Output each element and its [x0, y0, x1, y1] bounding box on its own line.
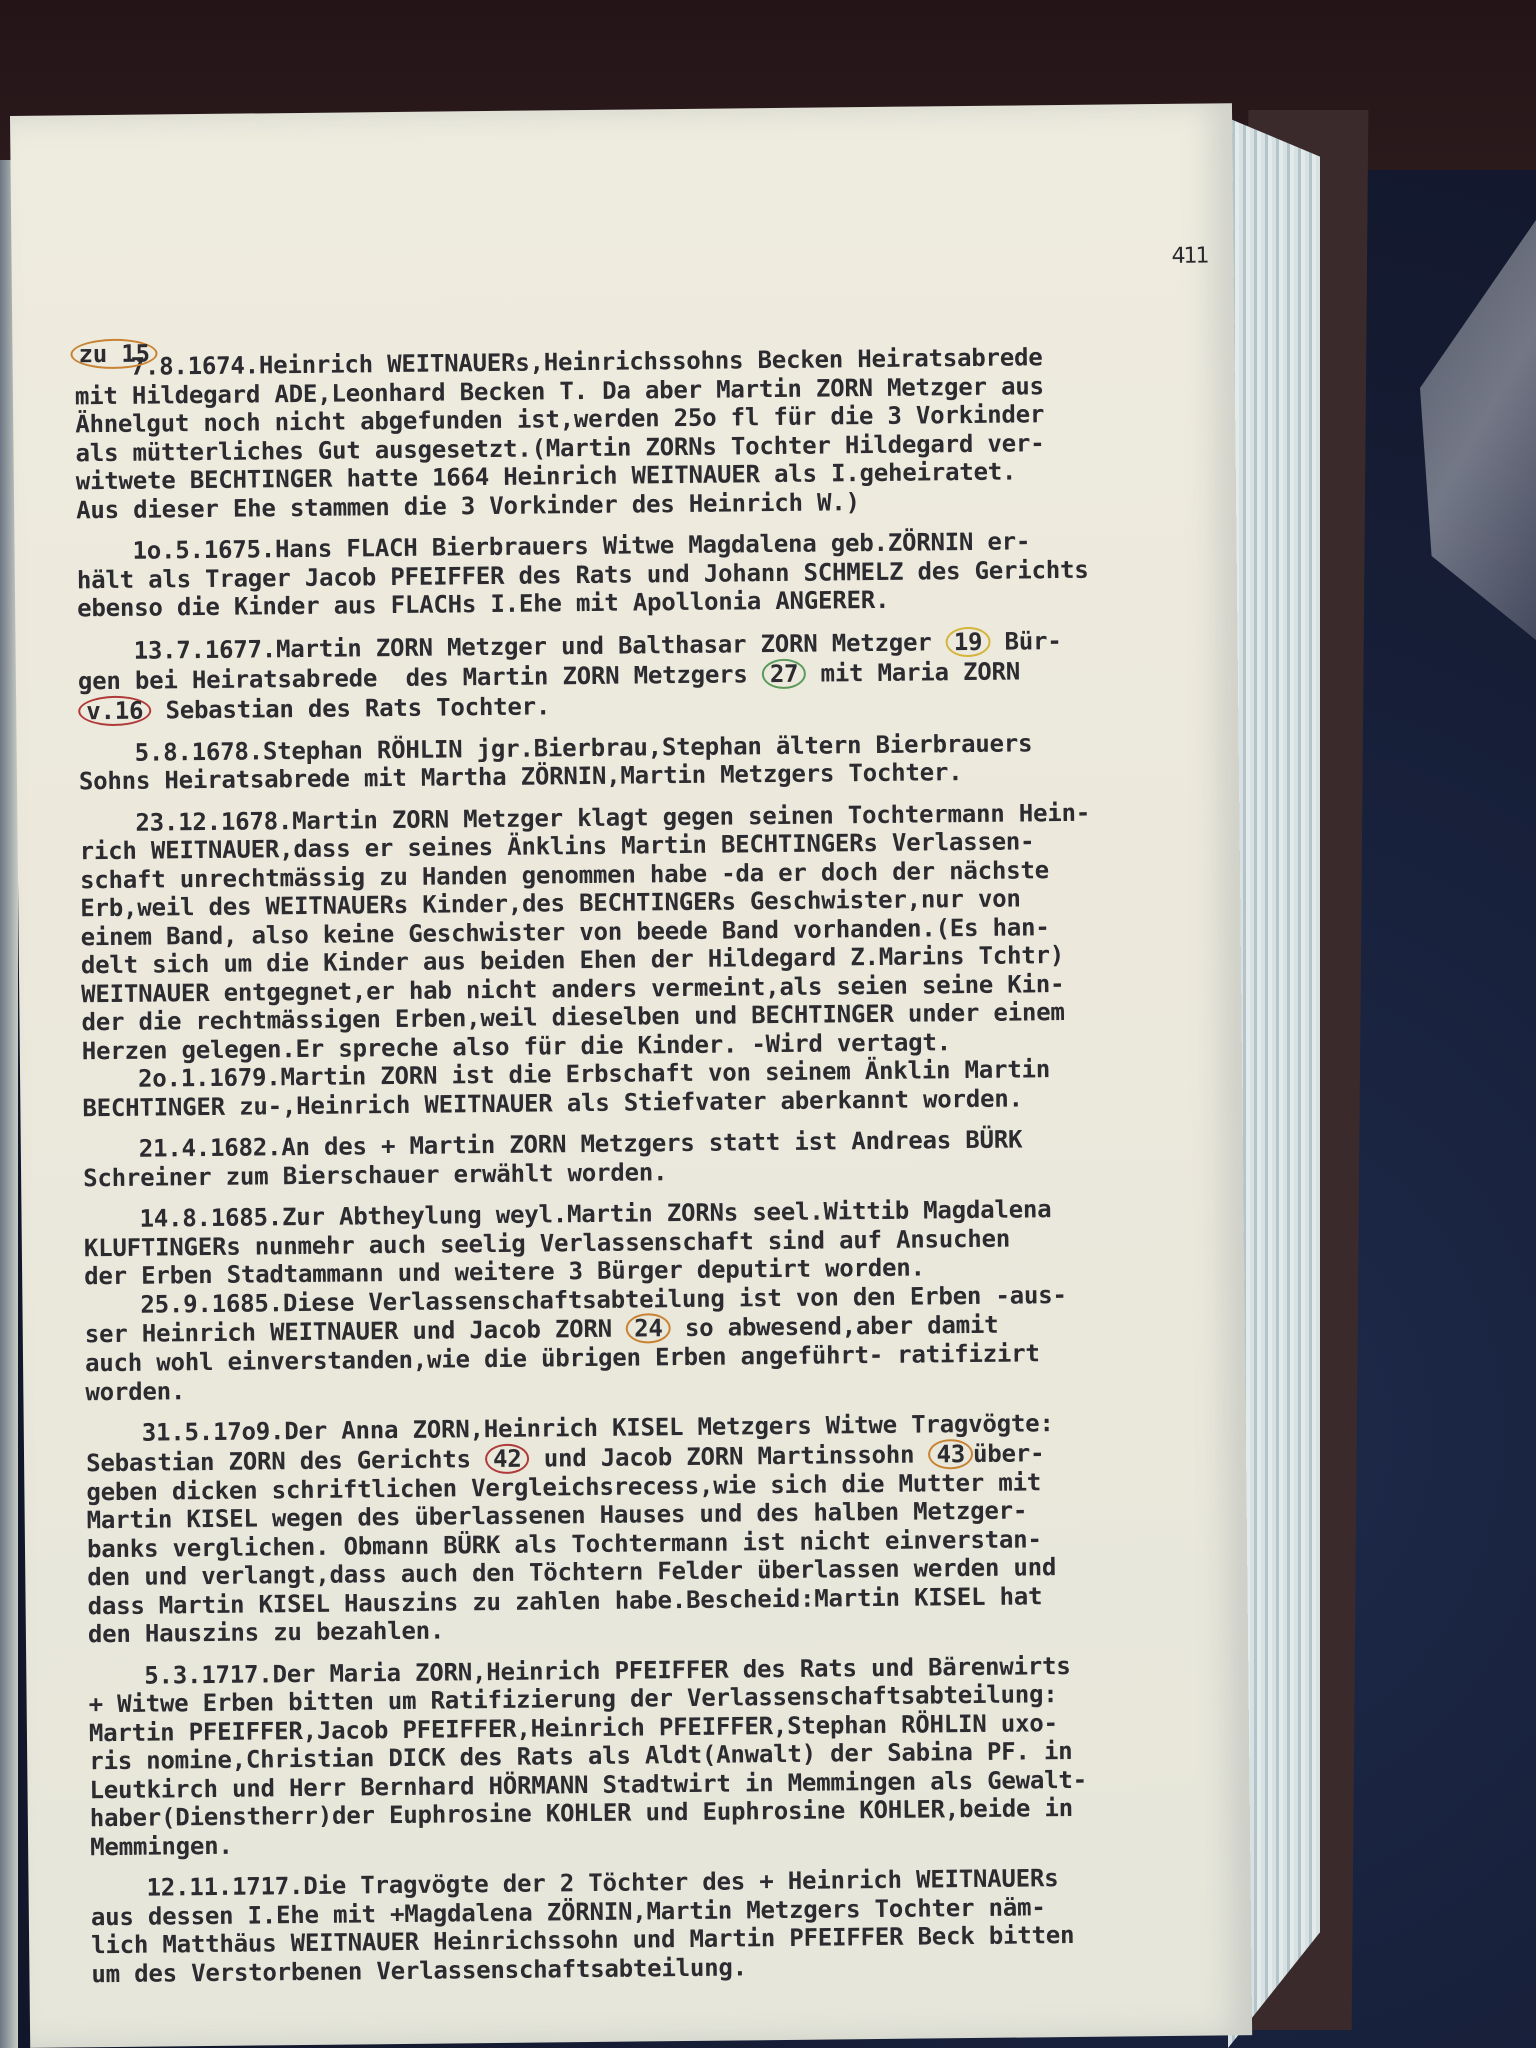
circled-reference: 24: [626, 1313, 671, 1343]
entry-1678-08-05: 5.8.1678.Stephan RÖHLIN jgr.Bierbrau,Ste…: [79, 727, 1250, 796]
entry-date: 14.8.1685.: [139, 1203, 282, 1232]
entry-1678-12-23: 23.12.1678.Martin ZORN Metzger klagt geg…: [79, 797, 1252, 1066]
entry-1675-05-10: 1o.5.1675.Hans FLACH Bierbrauers Witwe M…: [76, 525, 1247, 623]
entry-date: 5.3.1717.: [144, 1660, 273, 1689]
entry-1717-03-05: 5.3.1717.Der Maria ZORN,Heinrich PFEIFFE…: [88, 1650, 1260, 1862]
background-object: [1420, 220, 1536, 640]
circled-reference: 42: [485, 1443, 530, 1473]
section-label: zu 15: [70, 338, 158, 369]
entry-1717-11-12: 12.11.1717.Die Tragvögte der 2 Töchter d…: [90, 1862, 1261, 1988]
entry-1685-08-14: 14.8.1685.Zur Abtheylung weyl.Martin ZOR…: [83, 1193, 1254, 1291]
entry-date: 23.12.1678.: [135, 807, 292, 837]
circled-reference: 43: [928, 1438, 973, 1468]
entry-date: 12.11.1717.: [146, 1872, 303, 1902]
page-text: zu 15 7.8.1674.Heinrich WEITNAUERs,Heinr…: [74, 341, 1261, 2001]
entry-date: 25.9.1685.: [140, 1289, 283, 1318]
entry-1674-08-07: 7.8.1674.Heinrich WEITNAUERs,Heinrichsso…: [74, 341, 1246, 524]
entry-date: 1o.5.1675.: [132, 535, 275, 564]
circled-reference: v.16: [78, 695, 151, 726]
circled-reference: 27: [762, 658, 807, 688]
entry-1679-01-20: 2o.1.1679.Martin ZORN ist die Erbschaft …: [82, 1053, 1253, 1122]
book-page: 411 zu 15 7.8.1674.Heinrich WEITNAUERs,H…: [10, 103, 1252, 2048]
entry-date: 2o.1.1679.: [138, 1063, 281, 1092]
entry-date: 13.7.1677.: [133, 635, 276, 664]
entry-1677-07-13: 13.7.1677.Martin ZORN Metzger und Baltha…: [77, 624, 1248, 726]
entry-1682-04-21: 21.4.1682.An des + Martin ZORN Metzgers …: [83, 1123, 1254, 1192]
entry-1709-05-31: 31.5.17o9.Der Anna ZORN,Heinrich KISEL M…: [86, 1407, 1258, 1649]
page-number: 411: [1171, 243, 1207, 268]
circled-reference: 19: [946, 626, 991, 656]
entry-date: 21.4.1682.: [139, 1133, 282, 1162]
entry-date: 5.8.1678.: [135, 737, 264, 766]
entry-date: 31.5.17o9.: [142, 1417, 285, 1446]
entry-1685-09-25: 25.9.1685.Diese Verlassenschaftsabteilun…: [84, 1279, 1255, 1407]
